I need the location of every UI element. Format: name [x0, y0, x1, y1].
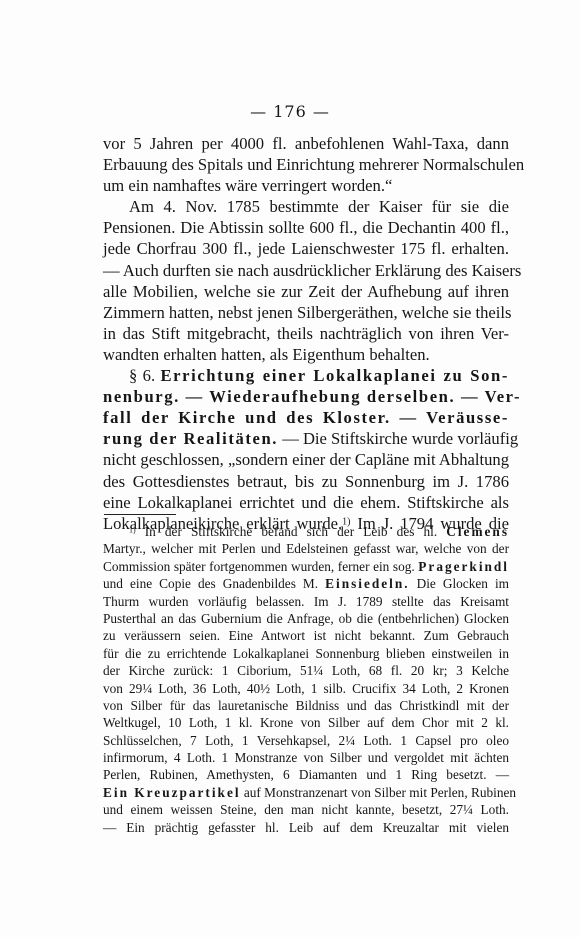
- footnote-line: 1) In der Stiftskirche befand sich der L…: [103, 523, 509, 540]
- footnote-divider: [104, 514, 176, 515]
- text-span: Commission später fortgenommen wurden, f…: [103, 559, 415, 574]
- footnote-line: der Kirche zurück: 1 Ciborium, 51¼ Loth,…: [103, 662, 509, 679]
- footnote-line: Commission später fortgenommen wurden, f…: [103, 558, 509, 575]
- footnote-line: — Ein prächtig gefasster hl. Leib auf de…: [103, 819, 509, 836]
- footnote-line: infirmorum, 4 Loth. 1 Monstranze von Sil…: [103, 749, 509, 766]
- text-line: Pensionen. Die Abtissin sollte 600 fl., …: [103, 217, 509, 238]
- text-span: Die Glocken im: [410, 576, 509, 591]
- book-page: — 176 — vor 5 Jahren per 4000 fl. anbefo…: [0, 0, 580, 937]
- footnote-line: von 29¼ Loth, 36 Loth, 40½ Loth, 1 silb.…: [103, 680, 509, 697]
- section-heading-line: fall der Kirche und des Kloster. — Veräu…: [103, 407, 509, 428]
- text-line: — Auch durften sie nach ausdrücklicher E…: [103, 260, 509, 281]
- page-number: — 176 —: [0, 102, 580, 121]
- text-line: nicht geschlossen, „sondern einer der Ca…: [103, 449, 509, 470]
- text-line: um ein namhaftes wäre verringert worden.…: [103, 175, 509, 196]
- footnote-line: Weltkugel, 10 Loth, 1 kl. Krone von Silb…: [103, 714, 509, 731]
- text-span: In der Stiftskirche befand sich der Leib…: [136, 524, 438, 539]
- text-line: wandten erhalten hatten, als Eigenthum b…: [103, 344, 509, 365]
- footnote-line: zu veräussern seien. Eine Antwort ist ni…: [103, 627, 509, 644]
- text-line: des Gottesdienstes betraut, bis zu Sonne…: [103, 471, 509, 492]
- spaced-name: Clemens: [446, 524, 509, 539]
- footnote-line: und eine Copie des Gnadenbildes M. Einsi…: [103, 575, 509, 592]
- footnote-line: von Silber für das lauretanische Bildnis…: [103, 697, 509, 714]
- footnote-line: Schlüsselchen, 7 Loth, 1 Versehkapsel, 2…: [103, 732, 509, 749]
- spaced-name: Pragerkindl: [418, 559, 509, 574]
- footnote-line: Thurm wurden vorläufig belassen. Im J. 1…: [103, 593, 509, 610]
- text-span: — Die Stiftskirche wurde vorläufig: [278, 429, 518, 448]
- section-heading-line: § 6. Errichtung einer Lokalkaplanei zu S…: [103, 365, 509, 386]
- text-line: Zimmern hatten, nebst jenen Silbergeräth…: [103, 302, 509, 323]
- text-line: eine Lokalkaplanei errichtet und die ehe…: [103, 492, 509, 513]
- footnote-line: für die zu errichtende Lokalkaplanei Son…: [103, 645, 509, 662]
- text-line: in das Stift mitgebracht, theils nachträ…: [103, 323, 509, 344]
- paragraph-start-line: Am 4. Nov. 1785 bestimmte der Kaiser für…: [103, 196, 509, 217]
- section-heading-line: rung der Realitäten. — Die Stiftskirche …: [103, 428, 509, 449]
- section-number: § 6.: [129, 366, 155, 385]
- section-heading-text: nenburg. — Wiederaufhebung derselben. — …: [103, 387, 521, 406]
- text-span: auf Monstranzenart von Silber mit Perlen…: [241, 785, 516, 800]
- section-heading-line: nenburg. — Wiederaufhebung derselben. — …: [103, 386, 509, 407]
- footnote-line: Martyr., welcher mit Perlen und Edelstei…: [103, 540, 509, 557]
- footnote-line: und einem weissen Steine, den man nicht …: [103, 801, 509, 818]
- section-heading-text: fall der Kirche und des Kloster. — Veräu…: [103, 408, 509, 427]
- footnote-line: Perlen, Rubinen, Amethysten, 6 Diamanten…: [103, 766, 509, 783]
- footnote-line: Ein Kreuzpartikel auf Monstranzenart von…: [103, 784, 509, 801]
- text-span: und eine Copie des Gnadenbildes M.: [103, 576, 318, 591]
- section-heading-text: rung der Realitäten.: [103, 429, 278, 448]
- text-line: jede Chorfrau 300 fl., jede Laienschwest…: [103, 238, 509, 259]
- section-heading-text: Errichtung einer Lokalkaplanei zu Son-: [161, 366, 509, 385]
- spaced-name: Ein Kreuzpartikel: [103, 785, 241, 800]
- footnote-line: Pusterthal an das Gubernium die Anfrage,…: [103, 610, 509, 627]
- text-line: Erbauung des Spitals und Einrichtung meh…: [103, 154, 509, 175]
- text-line: vor 5 Jahren per 4000 fl. anbefohlenen W…: [103, 133, 509, 154]
- main-text: vor 5 Jahren per 4000 fl. anbefohlenen W…: [103, 133, 509, 534]
- text-line: alle Mobilien, welche sie zur Zeit der A…: [103, 281, 509, 302]
- spaced-name: Einsiedeln.: [325, 576, 409, 591]
- footnote-marker: 1): [129, 525, 136, 534]
- footnote: 1) In der Stiftskirche befand sich der L…: [103, 523, 509, 836]
